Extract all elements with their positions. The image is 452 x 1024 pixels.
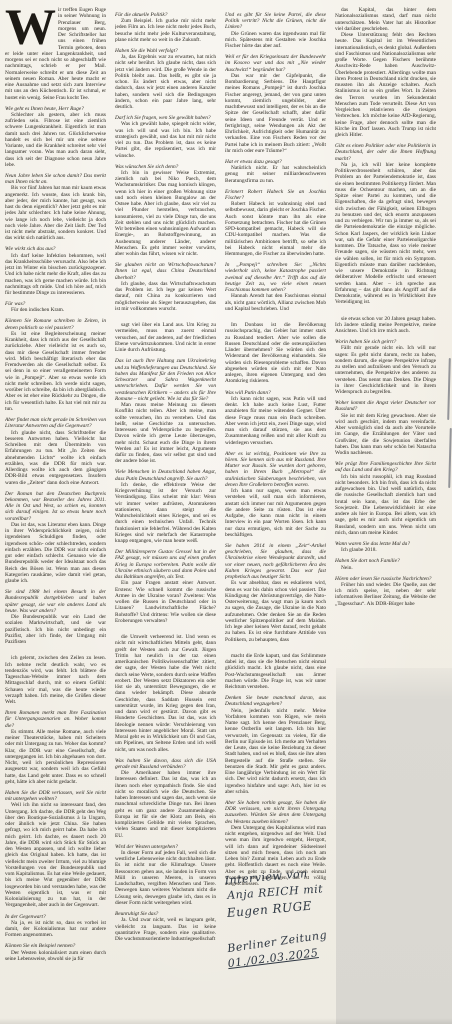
interview-question: In „Pompeji“ schreiben Sie: „Nichts wied… [225,262,326,293]
interview-answer: Robert Habeck ist wahnsinnig eitel und s… [225,201,326,257]
interview-question: Und es gibt für Sie keine Partei, die di… [225,12,326,31]
interview-answer: die Umwelt verheerend ist. Und wenn es n… [115,634,216,753]
interview-answer: Na ja, es ist nicht so, dass es vorbei i… [5,920,106,939]
interview-answer: Die Grünen waren das irgendwann mal für … [225,31,326,50]
interview-answer: Diese Unterstützung fehlt den Rechten he… [335,32,436,138]
interview-answer: Ein paar Fragen anstatt einer Antwort. E… [115,580,216,624]
interview-answer: Na ja, ich will hier keine komplette Pol… [335,162,436,306]
interview-answer: Natürlich nicht. Er hat wahrscheinlich g… [225,165,326,184]
interview-answer: Sie ist mit dem Krieg gewachsen. Aber si… [335,413,436,457]
page-bottom-shadow [0,1018,452,1024]
interview-answer: Der Westen kolonialisiert zum einen durc… [5,950,106,963]
interview-answer: Was ich gewählt habe, spiegelt nicht wid… [115,121,216,159]
interview-answer: Weil ich ihn nicht so interessant fand, … [5,802,106,908]
text-column: das Kapital, das hinter dem Nationalsozi… [335,7,436,661]
interview-answer: Es stimmt. Alle meine Romane, auch viele… [5,729,106,785]
interview-question: Was halten Sie davon, dass sich die USA … [115,758,216,771]
interview-answer: macht die Erde kaputt, und das Schlimmst… [225,653,326,691]
interview-answer: Ja. Und zwar nicht, weil es langsam geht… [115,917,216,942]
scanned-newspaper-page: Wir treffen Eugen Ruge in seiner Wohnung… [0,0,452,1024]
interview-question: Weil er für den Kriegseinsatz der Bundes… [225,54,326,73]
handwritten-note: Interview von Anja REICH mit Eugen RUGE … [224,866,345,967]
interview-question: Wie prägt Ihre Familiengeschichte Ihre S… [335,461,436,474]
interview-answer: Ich darf keine Infektion bekommen, weil … [5,253,106,297]
interview-answer: Schlechter als gestern, aber ich muss zu… [5,112,106,168]
interview-question: Haben Sie die DDR verlassen, weil Sie ni… [5,790,106,803]
interview-answer: Ich kann nicht sagen, was Putin will und… [225,396,326,446]
interview-answer: Ich glaube 2018. [335,547,436,553]
interview-question: Sie glauben nicht an Wirtschaftswachstum… [115,262,216,281]
interview-answer: Das ist das, was Literatur eben kann. Di… [5,522,106,585]
interview-answer: Die Bundesrepublik war ein Land der sozi… [5,614,106,645]
text-column: Für die aktuelle Politik?Zum Beispiel. I… [115,7,216,1015]
interview-answer: Ja, das Ergebnis war zu erwarten, hat mi… [115,54,216,110]
interview-answer: Es ist eine Begleiterscheinung meiner Kr… [5,331,106,412]
interview-question: Aber Sie haben vorhin gesagt, Sie haben … [225,800,326,825]
interview-answer: Ich glaube, dass das Wirtschaftswachstum… [115,281,216,312]
interview-answer: Wir treffen Eugen Ruge in seiner Wohnung… [5,7,106,101]
interview-question: Ihren Romanen merkt man Ihre Faszination… [5,710,106,729]
interview-answer: ich gelernt, zwischen den Zeilen zu lese… [5,655,106,705]
interview-answer: sie etwas schon vor 20 Jahren gesagt hab… [335,316,436,335]
interview-answer: Ich kann nur sagen, wenn man etwas verst… [225,488,326,538]
interview-question: Sie sind 1988 bei einem Besuch in der Bu… [5,589,106,614]
interview-question: Der Roman hat den Deutschen Buchpreis be… [5,491,106,522]
interview-answer: Zum Beispiel. Ich gucke mir nicht mehr j… [115,18,216,43]
interview-question: Erinnert Robert Habeck Sie an Joschka Fi… [225,189,326,202]
interview-question: Denken Sie heute manchmal daran, aus Deu… [225,695,326,708]
interview-answer: Nein. [335,565,436,571]
interview-question: Gibt es einen Politiker oder eine Politi… [335,143,436,162]
interview-question: Das ist auch Ihre Haltung zum Ukrainekri… [115,358,216,402]
interview-answer: sagt viel über ein Land aus. Um Krieg zu… [115,322,216,353]
article-columns: Wir treffen Eugen Ruge in seiner Wohnung… [5,7,436,1015]
interview-answer: Ich bin nicht russophil, ich mag Russlan… [335,474,436,537]
interview-question: Woher kommt die Angst vieler Deutscher v… [335,400,436,413]
interview-answer: Ich denke, die effektivste Weise der Kri… [115,482,216,545]
interview-answer: Ich glaube nicht, dass Schriftsteller di… [5,430,106,486]
interview-question: Sie haben 2014 in einem „Zeit“-Artikel g… [225,543,326,581]
interview-answer: Die Amerikaner haben immer ihre Interess… [115,770,216,839]
interview-answer: Hannah Arendt hat den Faschismus einmal … [225,293,326,312]
text-column: Und es gibt für Sie keine Partei, die di… [225,7,326,1015]
interview-answer: Nein, jedenfalls nicht mehr. Meine Vorfa… [225,708,326,796]
pen-margin-mark [448,428,451,488]
interview-question: Neun Jahre leben Sie schon damit? Das me… [5,173,106,186]
pen-margin-mark [447,358,450,420]
interview-question: Hören oder lesen Sie russische Nachricht… [335,576,436,582]
interview-answer: Im Donbass ist die Bevölkerung russischs… [225,322,326,385]
interview-answer: Man muss meine Meinung zu diesem Konflik… [115,402,216,465]
text-column: Wir treffen Eugen Ruge in seiner Wohnung… [5,7,106,1015]
interview-answer: Früher hin und wieder. Die Quelle, aus d… [335,582,436,607]
interview-question: Viele Menschen in Deutschland haben Angs… [115,469,216,482]
interview-answer: Das war mir der Gipfelpunkt, die Bombard… [225,73,326,154]
interview-answer: Fällt mir gerade nicht ein. Ich will nur… [335,345,436,395]
interview-question: Aber findet man nicht gerade im Schreibe… [5,417,106,430]
interview-answer: das Kapital, das hinter dem Nationalsozi… [335,7,436,32]
interview-answer: Ich bin in gewisser Weise Extremist, zie… [115,170,216,258]
interview-answer: Es war absehbar, dass es eskalieren wird… [225,580,326,643]
dropcap-letter: W [5,7,58,48]
interview-answer: In dieser Form auf jeden Fall, weil sich… [115,850,216,906]
interview-answer: Bis vor fünf Jahren hat man mir kaum etw… [5,185,106,241]
interview-question: Können Sie Romane schreiben in Zeiten, i… [5,318,106,331]
interview-question: Der Militärexperte Gustav Gressel hat in… [115,549,216,580]
interview-question: Aber es ist wichtig, Positionen wie Ihre… [225,451,326,489]
interview-answer: Für den indischen Kram. [5,307,106,313]
